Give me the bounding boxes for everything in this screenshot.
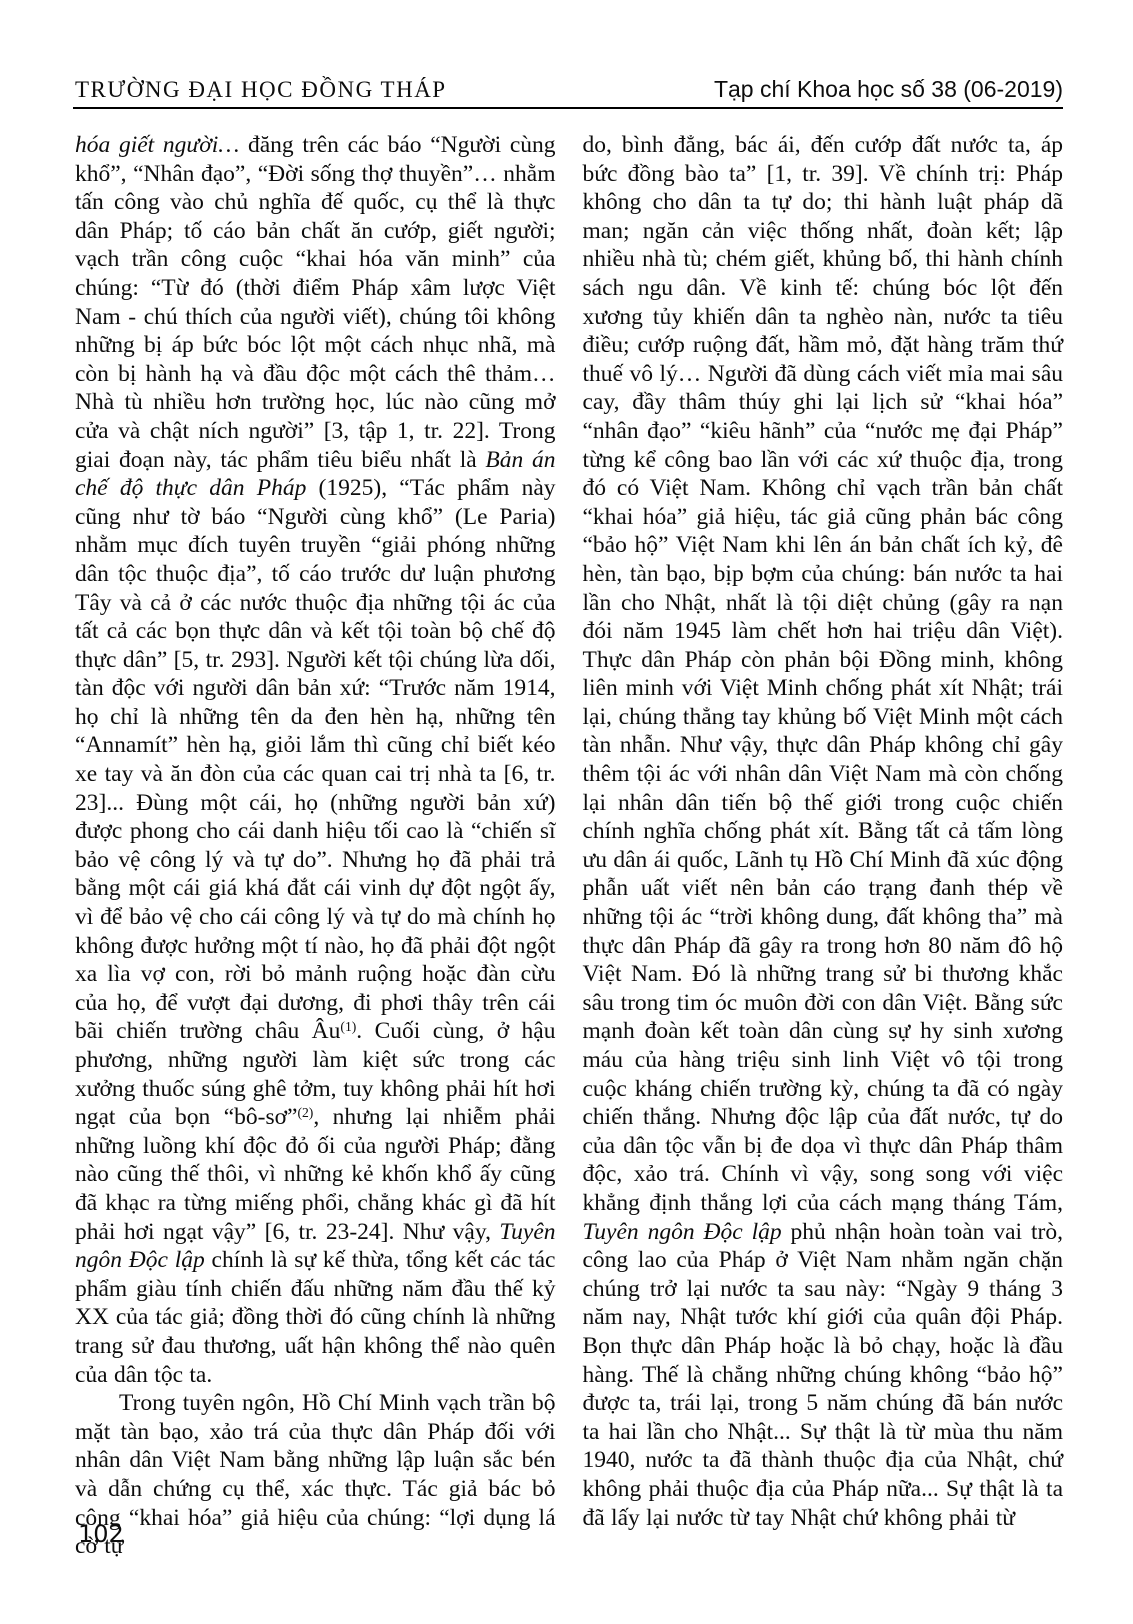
paragraph: Trong tuyên ngôn, Hồ Chí Minh vạch trần … — [75, 1389, 556, 1561]
article-body: hóa giết người… đăng trên các báo “Người… — [75, 131, 1063, 1561]
page-number: 102 — [78, 1520, 124, 1548]
header-rule — [73, 107, 1063, 109]
footnote-marker: (2) — [297, 1105, 313, 1120]
left-column: hóa giết người… đăng trên các báo “Người… — [75, 131, 556, 1561]
footnote-marker: (1) — [340, 1019, 356, 1034]
document-page: TRƯỜNG ĐẠI HỌC ĐỒNG THÁP Tạp chí Khoa họ… — [0, 0, 1133, 1624]
text-run: đăng trên các báo “Người cùng khổ”, “Nhâ… — [75, 132, 556, 473]
text-run: (1925), “Tác phẩm này cũng như tờ báo “N… — [75, 475, 556, 1044]
university-name: TRƯỜNG ĐẠI HỌC ĐỒNG THÁP — [75, 77, 447, 103]
paragraph: hóa giết người… đăng trên các báo “Người… — [75, 131, 556, 1389]
page-header: TRƯỜNG ĐẠI HỌC ĐỒNG THÁP Tạp chí Khoa họ… — [75, 76, 1063, 103]
text-run: hóa giết người… — [75, 132, 248, 158]
text-run: phủ nhận hoàn toàn vai trò, công lao của… — [583, 1219, 1064, 1531]
paragraph: do, bình đẳng, bác ái, đến cướp đất nước… — [583, 131, 1064, 1532]
text-run: Trong tuyên ngôn, Hồ Chí Minh vạch trần … — [75, 1390, 556, 1559]
right-column: do, bình đẳng, bác ái, đến cướp đất nước… — [583, 131, 1064, 1561]
text-run: Tuyên ngôn Độc lập — [583, 1219, 782, 1245]
journal-issue-label: Tạp chí Khoa học số 38 (06-2019) — [714, 76, 1063, 103]
text-run: do, bình đẳng, bác ái, đến cướp đất nước… — [583, 132, 1064, 1216]
